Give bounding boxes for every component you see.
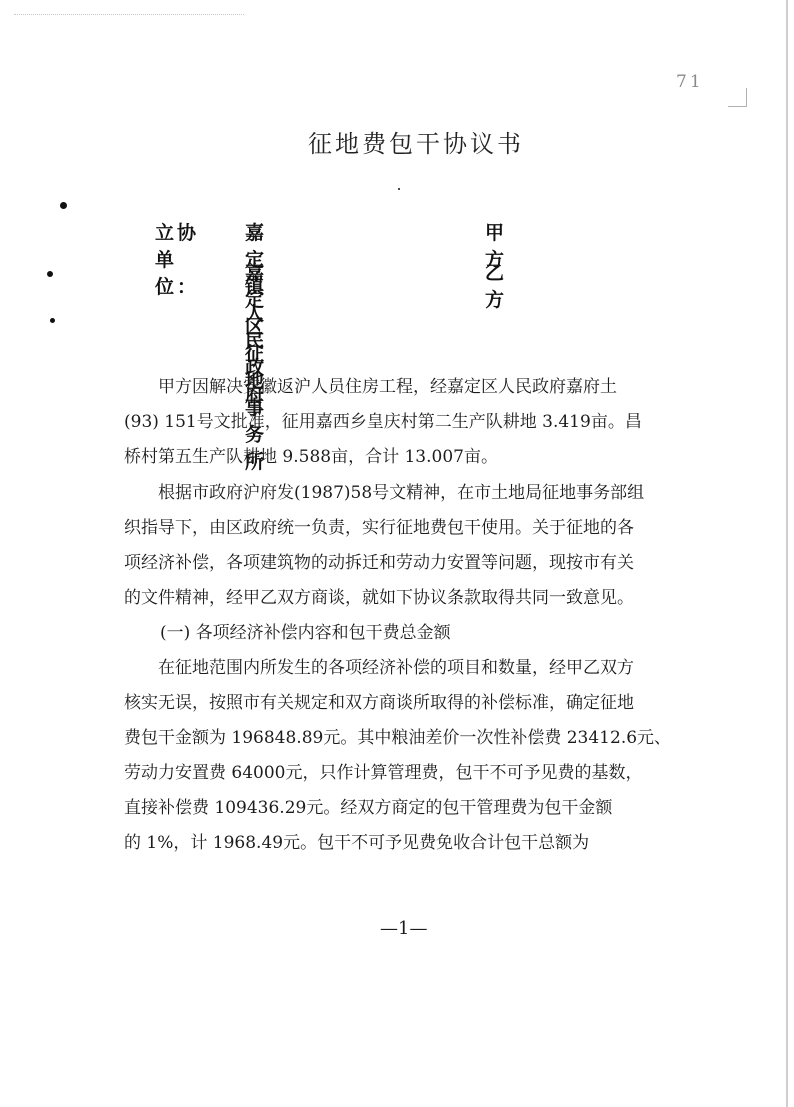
paragraph-line: 织指导下，由区政府统一负责，实行征地费包干使用。关于征地的各 <box>124 511 704 546</box>
parties-label: 立协单位： <box>155 218 199 299</box>
archive-page-marker: 71 <box>676 72 704 92</box>
party-b-role: 乙方 <box>485 258 524 312</box>
paragraph-line: 直接补偿费 109436.29元。经双方商定的包干管理费为包干金额 <box>124 791 704 826</box>
paragraph-line: 的 1%，计 1968.49元。包干不可予见费免收合计包干总额为 <box>124 826 704 861</box>
page-number: —1— <box>380 918 427 939</box>
punch-hole-dot <box>60 202 67 209</box>
paragraph-line: 劳动力安置费 64000元，只作计算管理费，包干不可予见费的基数， <box>124 756 704 791</box>
paragraph-line: 的文件精神，经甲乙双方商谈，就如下协议条款取得共同一致意见。 <box>124 581 704 616</box>
corner-bracket-mark <box>728 88 747 107</box>
paragraph-line: 甲方因解决安徽返沪人员住房工程，经嘉定区人民政府嘉府土 <box>124 370 704 405</box>
page-right-edge <box>786 0 788 1107</box>
punch-hole-dot <box>50 318 55 323</box>
paragraph-line: 根据市政府沪府发(1987)58号文精神，在市土地局征地事务部组 <box>124 476 704 511</box>
section-heading: (一) 各项经济补偿内容和包干费总金额 <box>124 616 704 651</box>
punch-hole-dot <box>47 271 53 277</box>
paragraph-line: 在征地范围内所发生的各项经济补偿的项目和数量，经甲乙双方 <box>124 651 704 686</box>
paragraph-line: (93) 151号文批准，征用嘉西乡皇庆村第二生产队耕地 3.419亩。昌 <box>124 405 704 440</box>
paragraph-line: 桥村第五生产队耕地 9.588亩，合计 13.007亩。 <box>124 440 704 475</box>
paragraph-line: 项经济补偿，各项建筑物的动拆迁和劳动力安置等问题，现按市有关 <box>124 546 704 581</box>
paragraph-line: 核实无误，按照市有关规定和双方商谈所取得的补偿标准，确定征地 <box>124 686 704 721</box>
document-title: 征地费包干协议书 <box>308 124 524 159</box>
paragraph-line: 费包干金额为 196848.89元。其中粮油差价一次性补偿费 23412.6元、 <box>124 721 704 756</box>
page-top-edge <box>14 14 244 16</box>
agreement-body: 甲方因解决安徽返沪人员住房工程，经嘉定区人民政府嘉府土 (93) 151号文批准… <box>124 370 704 861</box>
stray-mark <box>398 188 400 190</box>
